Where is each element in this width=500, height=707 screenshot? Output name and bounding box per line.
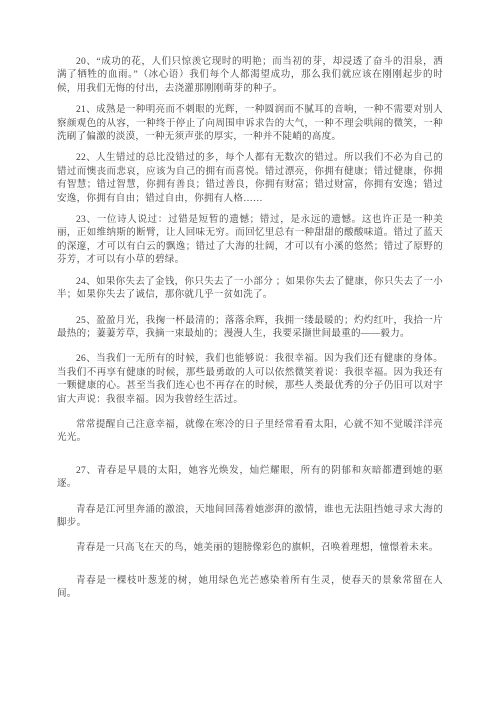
paragraph-23: 23、一位诗人说过：过错是短暂的遗憾；错过，是永远的遗憾。这也许正是一种美丽，正… <box>57 214 443 268</box>
document-page: 20、“成功的花，人们只惊羡它现时的明艳；而当初的芽，却浸透了奋斗的泪泉，洒满了… <box>0 0 500 707</box>
paragraph-27-youth-bird: 青春是一只高飞在天的鸟，她美丽的翅膀像彩色的旗帜，召唤着理想，憧憬着未来。 <box>57 542 443 555</box>
paragraph-21: 21、成熟是一种明亮而不刺眼的光辉，一种圆润而不腻耳的音响，一种不需要对别人察颜… <box>57 104 443 144</box>
paragraph-27-youth-river: 青春是江河里奔涌的激浪，天地间回荡着她澎湃的激情，谁也无法阻挡她寻求大海的脚步。 <box>57 504 443 531</box>
paragraph-happiness-reminder: 常常提醒自己注意幸福，就像在寒冷的日子里经常看看太阳，心就不知不觉暖洋洋亮光光。 <box>57 419 443 446</box>
paragraph-25: 25、盈盈月光，我掬一杯最清的；落落余辉，我拥一缕最暖的；灼灼红叶，我拾一片最热… <box>57 315 443 342</box>
paragraph-27: 27、青春是早晨的太阳，她容光焕发，灿烂耀眼，所有的阴郁和灰暗都遭到她的驱逐。 <box>57 465 443 492</box>
paragraph-24: 24、如果你失去了金钱，你只失去了一小部分 ；如果你失去了健康，你只失去了一小半… <box>57 276 443 303</box>
paragraph-20: 20、“成功的花，人们只惊羡它现时的明艳；而当初的芽，却浸透了奋斗的泪泉，洒满了… <box>57 56 443 96</box>
paragraph-22: 22、人生错过的总比没错过的多，每个人都有无数次的错过。所以我们不必为自己的错过… <box>57 152 443 206</box>
paragraph-27-youth-tree: 青春是一棵枝叶葱茏的树，她用绿色光芒感染着所有生灵，使春天的景象常留在人间。 <box>57 575 443 602</box>
paragraph-26: 26、当我们一无所有的时候，我们也能够说：我很幸福。因为我们还有健康的身体。当我… <box>57 353 443 407</box>
